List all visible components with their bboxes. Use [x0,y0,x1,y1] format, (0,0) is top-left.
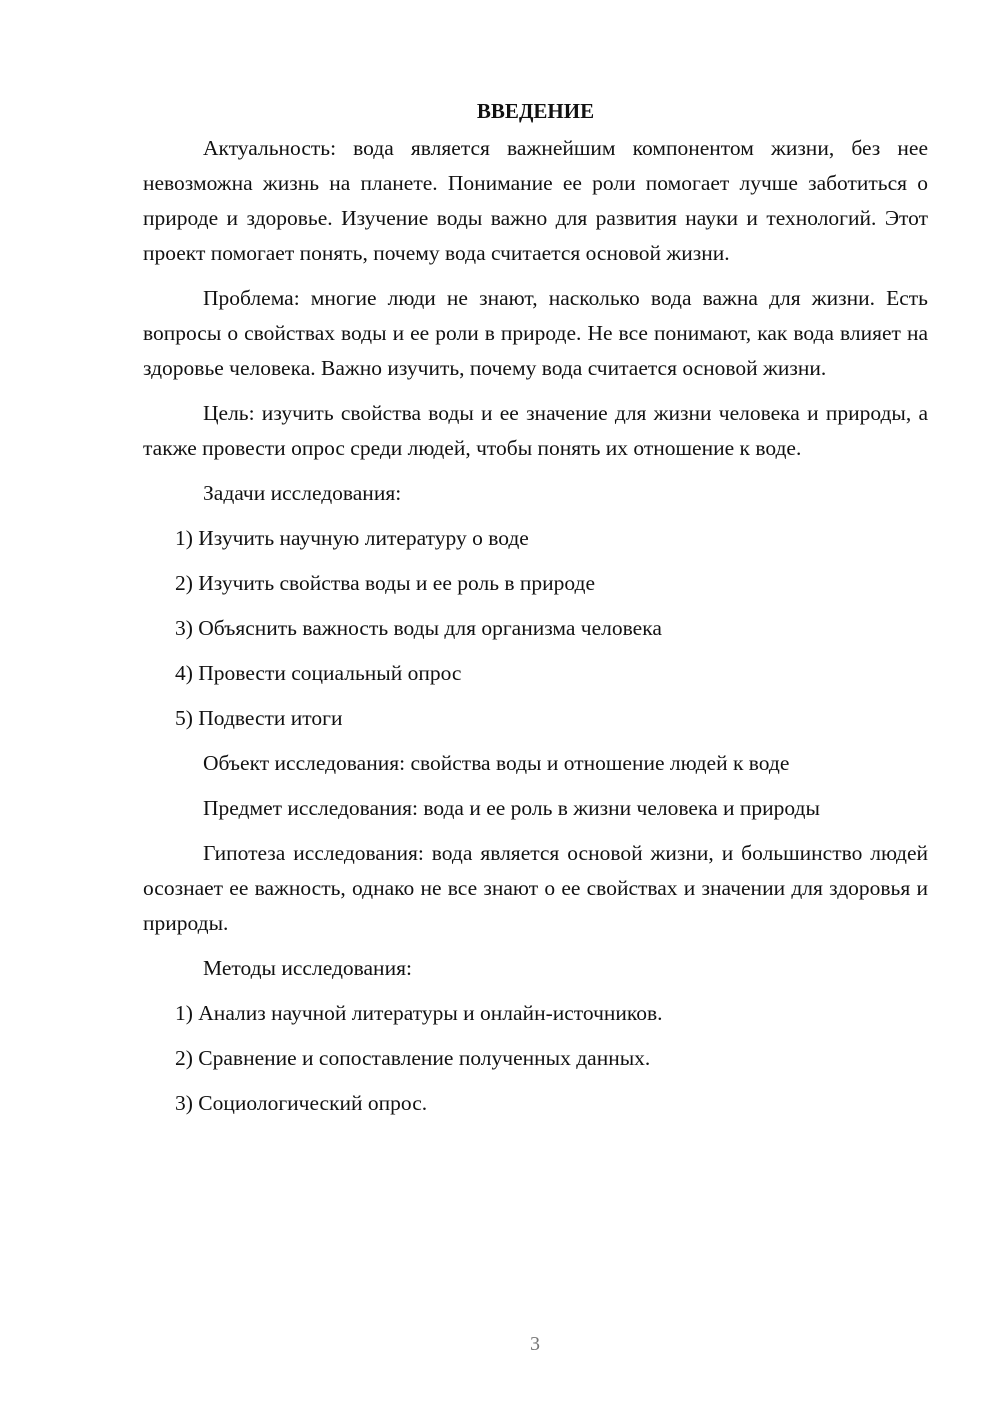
relevance-paragraph: Актуальность: вода является важнейшим ко… [143,131,928,271]
methods-heading: Методы исследования: [143,951,928,986]
section-title: ВВЕДЕНИЕ [143,95,928,127]
methods-list: 1) Анализ научной литературы и онлайн-ис… [143,996,928,1121]
research-subject: Предмет исследования: вода и ее роль в ж… [143,791,928,826]
task-item: 5) Подвести итоги [143,701,928,736]
tasks-heading: Задачи исследования: [143,476,928,511]
document-page: ВВЕДЕНИЕ Актуальность: вода является важ… [0,0,1000,1414]
hypothesis-paragraph: Гипотеза исследования: вода является осн… [143,836,928,941]
method-item: 2) Сравнение и сопоставление полученных … [143,1041,928,1076]
tasks-list: 1) Изучить научную литературу о воде 2) … [143,521,928,736]
method-item: 3) Социологический опрос. [143,1086,928,1121]
research-object: Объект исследования: свойства воды и отн… [143,746,928,781]
page-number: 3 [0,1333,1000,1356]
method-item: 1) Анализ научной литературы и онлайн-ис… [143,996,928,1031]
problem-paragraph: Проблема: многие люди не знают, наскольк… [143,281,928,386]
task-item: 4) Провести социальный опрос [143,656,928,691]
page-content: ВВЕДЕНИЕ Актуальность: вода является важ… [143,95,928,1131]
task-item: 1) Изучить научную литературу о воде [143,521,928,556]
goal-paragraph: Цель: изучить свойства воды и ее значени… [143,396,928,466]
task-item: 3) Объяснить важность воды для организма… [143,611,928,646]
task-item: 2) Изучить свойства воды и ее роль в при… [143,566,928,601]
